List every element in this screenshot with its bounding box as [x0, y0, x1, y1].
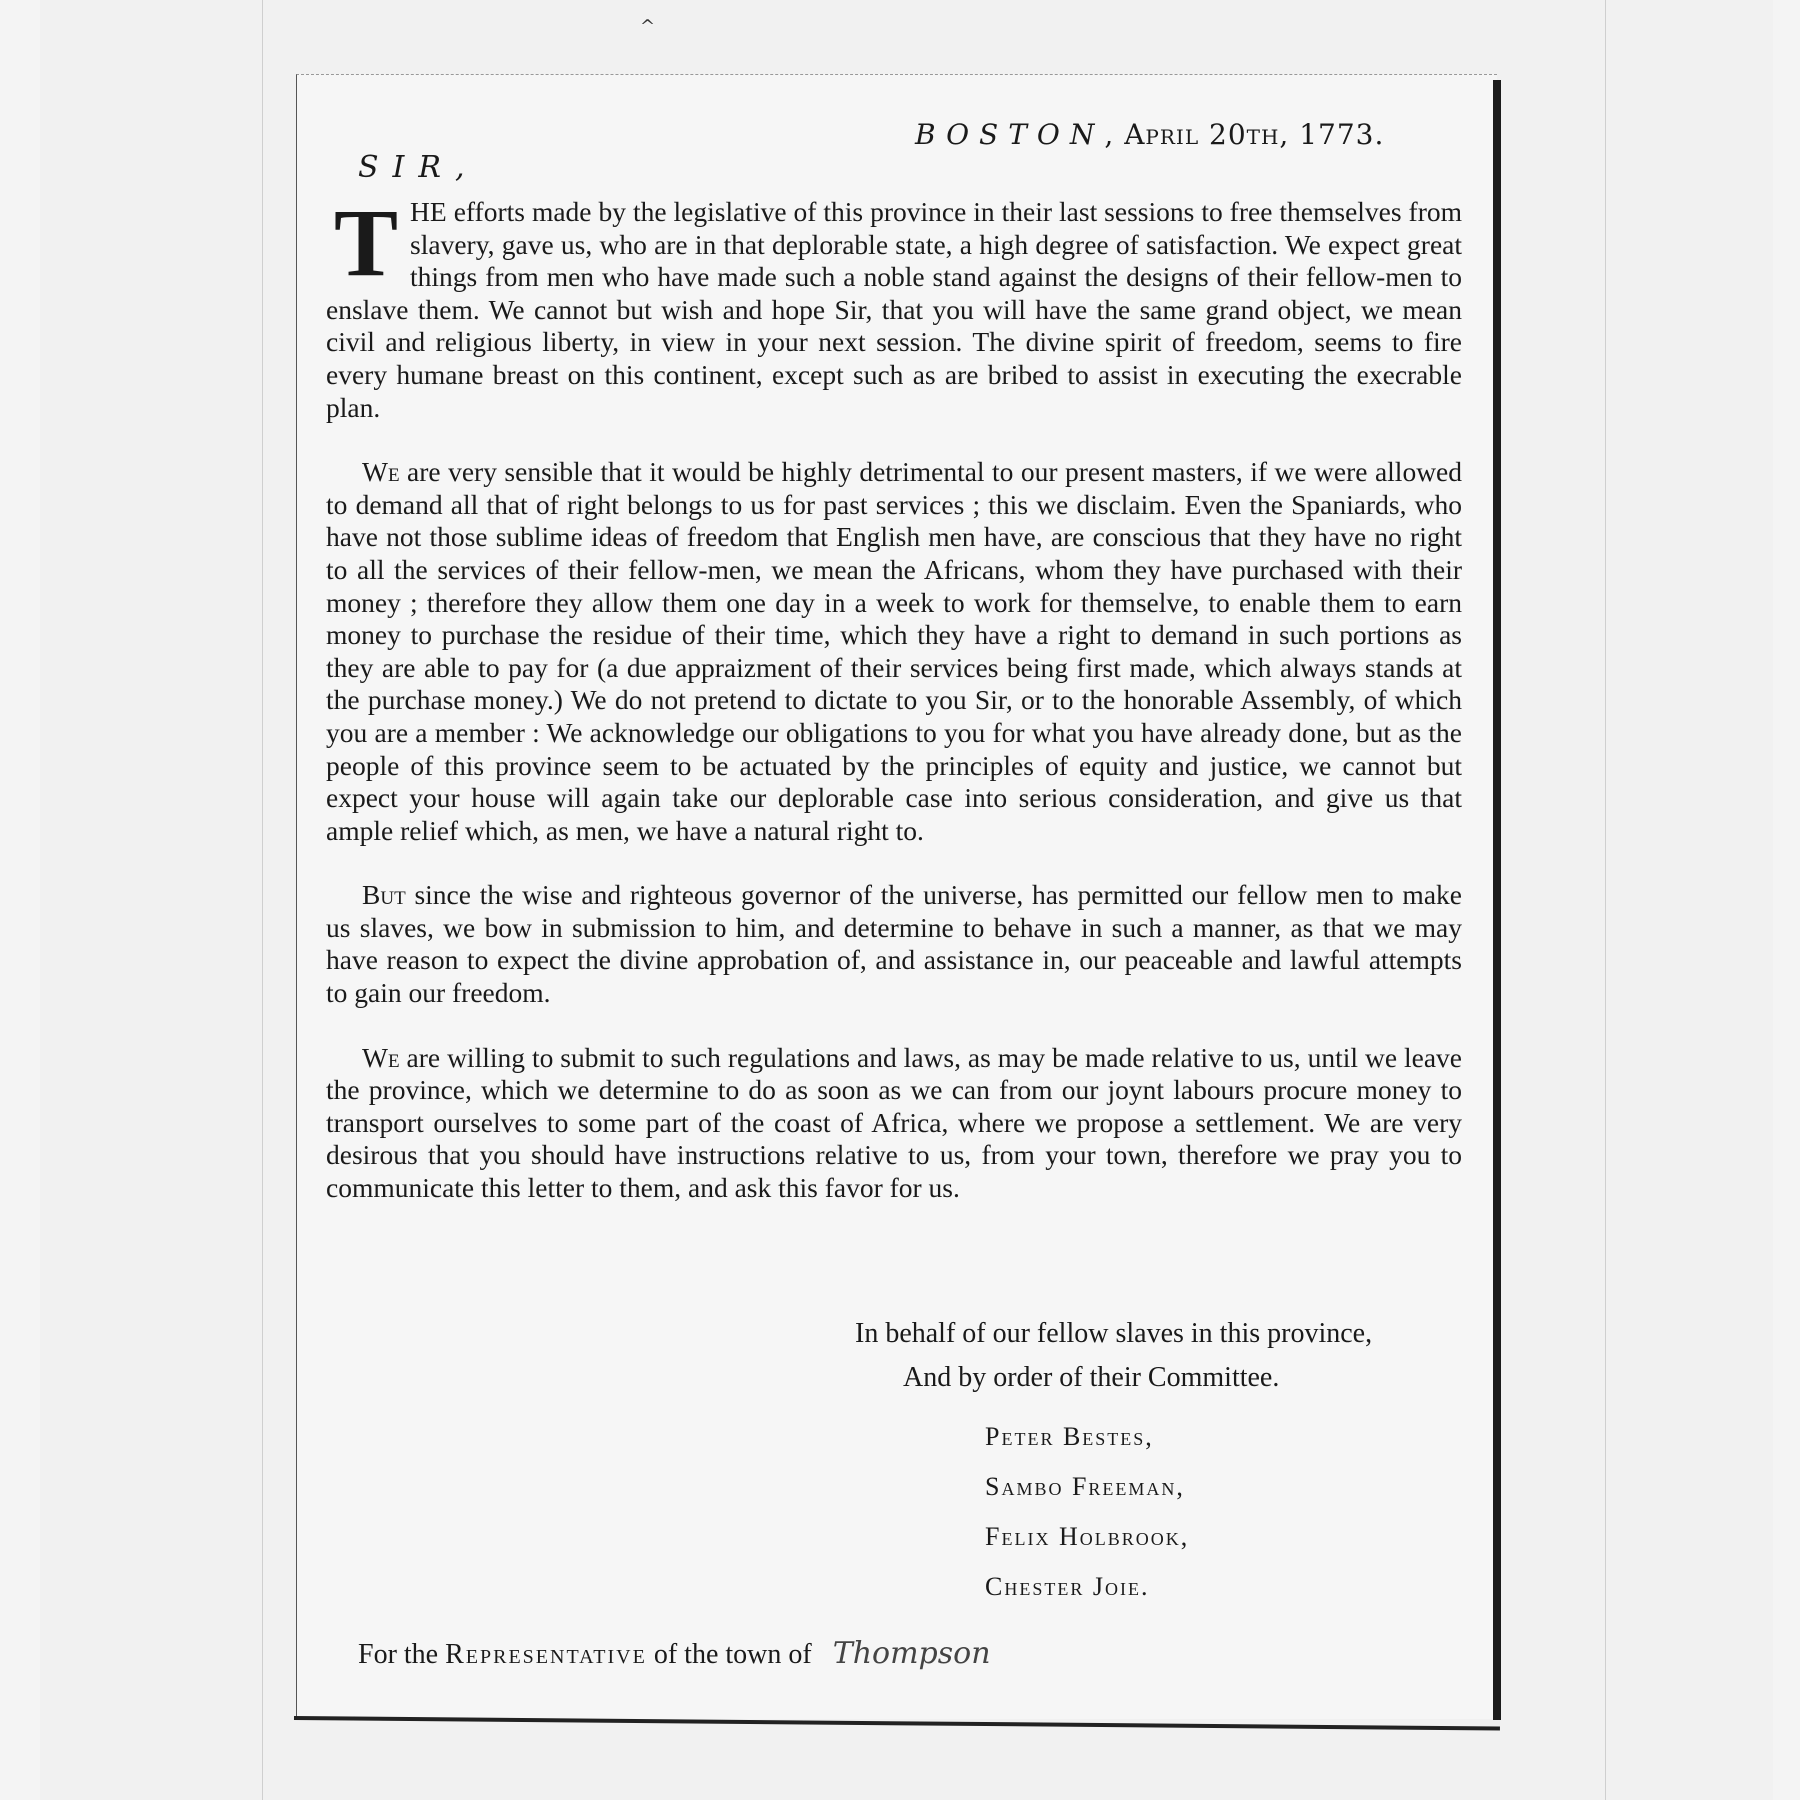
address-prefix: For the: [358, 1639, 438, 1670]
specimen-mark: ^: [640, 16, 655, 37]
signer-list: Peter Bestes, Sambo Freeman, Felix Holbr…: [985, 1412, 1189, 1612]
handwritten-town: Thompson: [833, 1636, 991, 1671]
paragraph-text: efforts made by the legislative of this …: [326, 196, 1462, 423]
closing-line-1: In behalf of our fellow slaves in this p…: [855, 1318, 1372, 1350]
mat-edge-left: [262, 0, 263, 1800]
signer: Chester Joie.: [985, 1562, 1189, 1612]
sheet-edge-shadow: [1493, 80, 1501, 1720]
dateline-sep: ,: [1104, 118, 1124, 151]
closing-line-2: And by order of their Committee.: [903, 1362, 1279, 1394]
address-title: Representative: [445, 1639, 647, 1670]
address-line: For the Representative of the town of Th…: [358, 1636, 991, 1671]
paragraph-1: THE efforts made by the legislative of t…: [326, 196, 1462, 424]
dateline: BOSTON, April 20th, 1773.: [915, 118, 1384, 151]
paragraph-lead: We: [362, 456, 400, 487]
paragraph-lead: But: [362, 879, 406, 910]
drop-cap: T: [334, 204, 398, 282]
paragraph-text: since the wise and righteous governor of…: [326, 879, 1462, 1008]
dateline-city: BOSTON: [915, 118, 1104, 151]
letter-body: THE efforts made by the legislative of t…: [326, 196, 1462, 1237]
paragraph-2: We are very sensible that it would be hi…: [326, 456, 1462, 847]
salutation: SIR,: [358, 150, 479, 185]
paragraph-lead: HE: [410, 196, 447, 227]
dateline-date: April 20th, 1773.: [1124, 118, 1384, 151]
paragraph-4: We are willing to submit to such regulat…: [326, 1042, 1462, 1205]
paragraph-lead: We: [362, 1042, 400, 1073]
paragraph-text: are willing to submit to such regulation…: [326, 1042, 1462, 1203]
signer: Felix Holbrook,: [985, 1512, 1189, 1562]
signer: Peter Bestes,: [985, 1412, 1189, 1462]
signer: Sambo Freeman,: [985, 1462, 1189, 1512]
paragraph-3: But since the wise and righteous governo…: [326, 879, 1462, 1009]
address-suffix: of the town of: [654, 1639, 812, 1670]
paragraph-text: are very sensible that it would be highl…: [326, 456, 1462, 846]
mat-edge-right: [1605, 0, 1606, 1800]
